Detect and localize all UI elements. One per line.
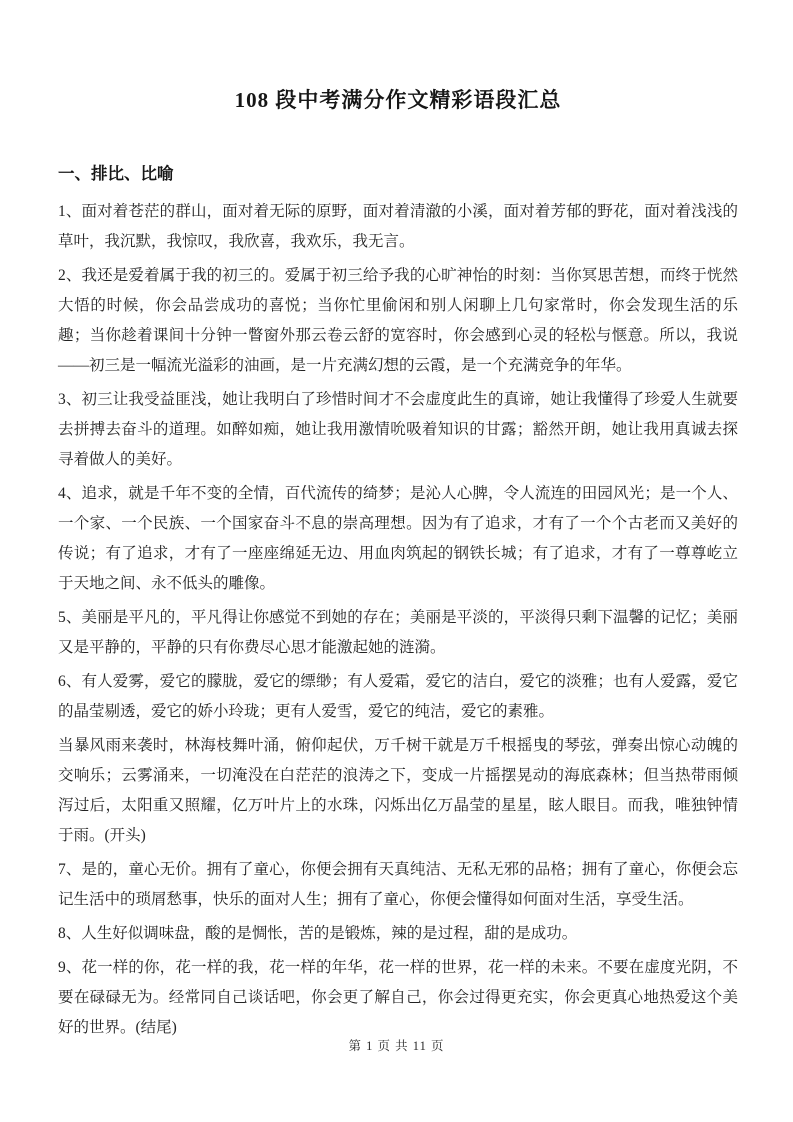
page-number-footer: 第 1 页 共 11 页: [0, 1036, 793, 1054]
document-page: 108 段中考满分作文精彩语段汇总 一、排比、比喻 1、面对着苍茫的群山，面对着…: [0, 0, 793, 1122]
paragraph: 7、是的，童心无价。拥有了童心，你便会拥有天真纯洁、无私无邪的品格；拥有了童心，…: [58, 855, 738, 915]
paragraph: 9、花一样的你，花一样的我，花一样的年华，花一样的世界，花一样的未来。不要在虚度…: [58, 953, 738, 1043]
section-heading: 一、排比、比喻: [58, 163, 738, 184]
paragraph: 2、我还是爱着属于我的初三的。爱属于初三给予我的心旷神怡的时刻：当你冥思苦想，而…: [58, 261, 738, 381]
paragraph: 当暴风雨来袭时，林海枝舞叶涌，俯仰起伏，万千树干就是万千根摇曳的琴弦，弹奏出惊心…: [58, 731, 738, 851]
paragraph: 5、美丽是平凡的，平凡得让你感觉不到她的存在；美丽是平淡的，平淡得只剩下温馨的记…: [58, 603, 738, 663]
document-content: 108 段中考满分作文精彩语段汇总 一、排比、比喻 1、面对着苍茫的群山，面对着…: [58, 0, 738, 1047]
document-title: 108 段中考满分作文精彩语段汇总: [58, 86, 738, 114]
paragraph: 4、追求，就是千年不变的全情，百代流传的绮梦；是沁人心脾，令人流连的田园风光；是…: [58, 479, 738, 599]
paragraph: 6、有人爱雾，爱它的朦胧，爱它的缥缈；有人爱霜，爱它的洁白，爱它的淡雅；也有人爱…: [58, 667, 738, 727]
paragraph: 8、人生好似调味盘，酸的是惆怅，苦的是锻炼，辣的是过程，甜的是成功。: [58, 919, 738, 949]
paragraph: 1、面对着苍茫的群山，面对着无际的原野，面对着清澈的小溪，面对着芳郁的野花，面对…: [58, 197, 738, 257]
paragraph: 3、初三让我受益匪浅，她让我明白了珍惜时间才不会虚度此生的真谛，她让我懂得了珍爱…: [58, 385, 738, 475]
